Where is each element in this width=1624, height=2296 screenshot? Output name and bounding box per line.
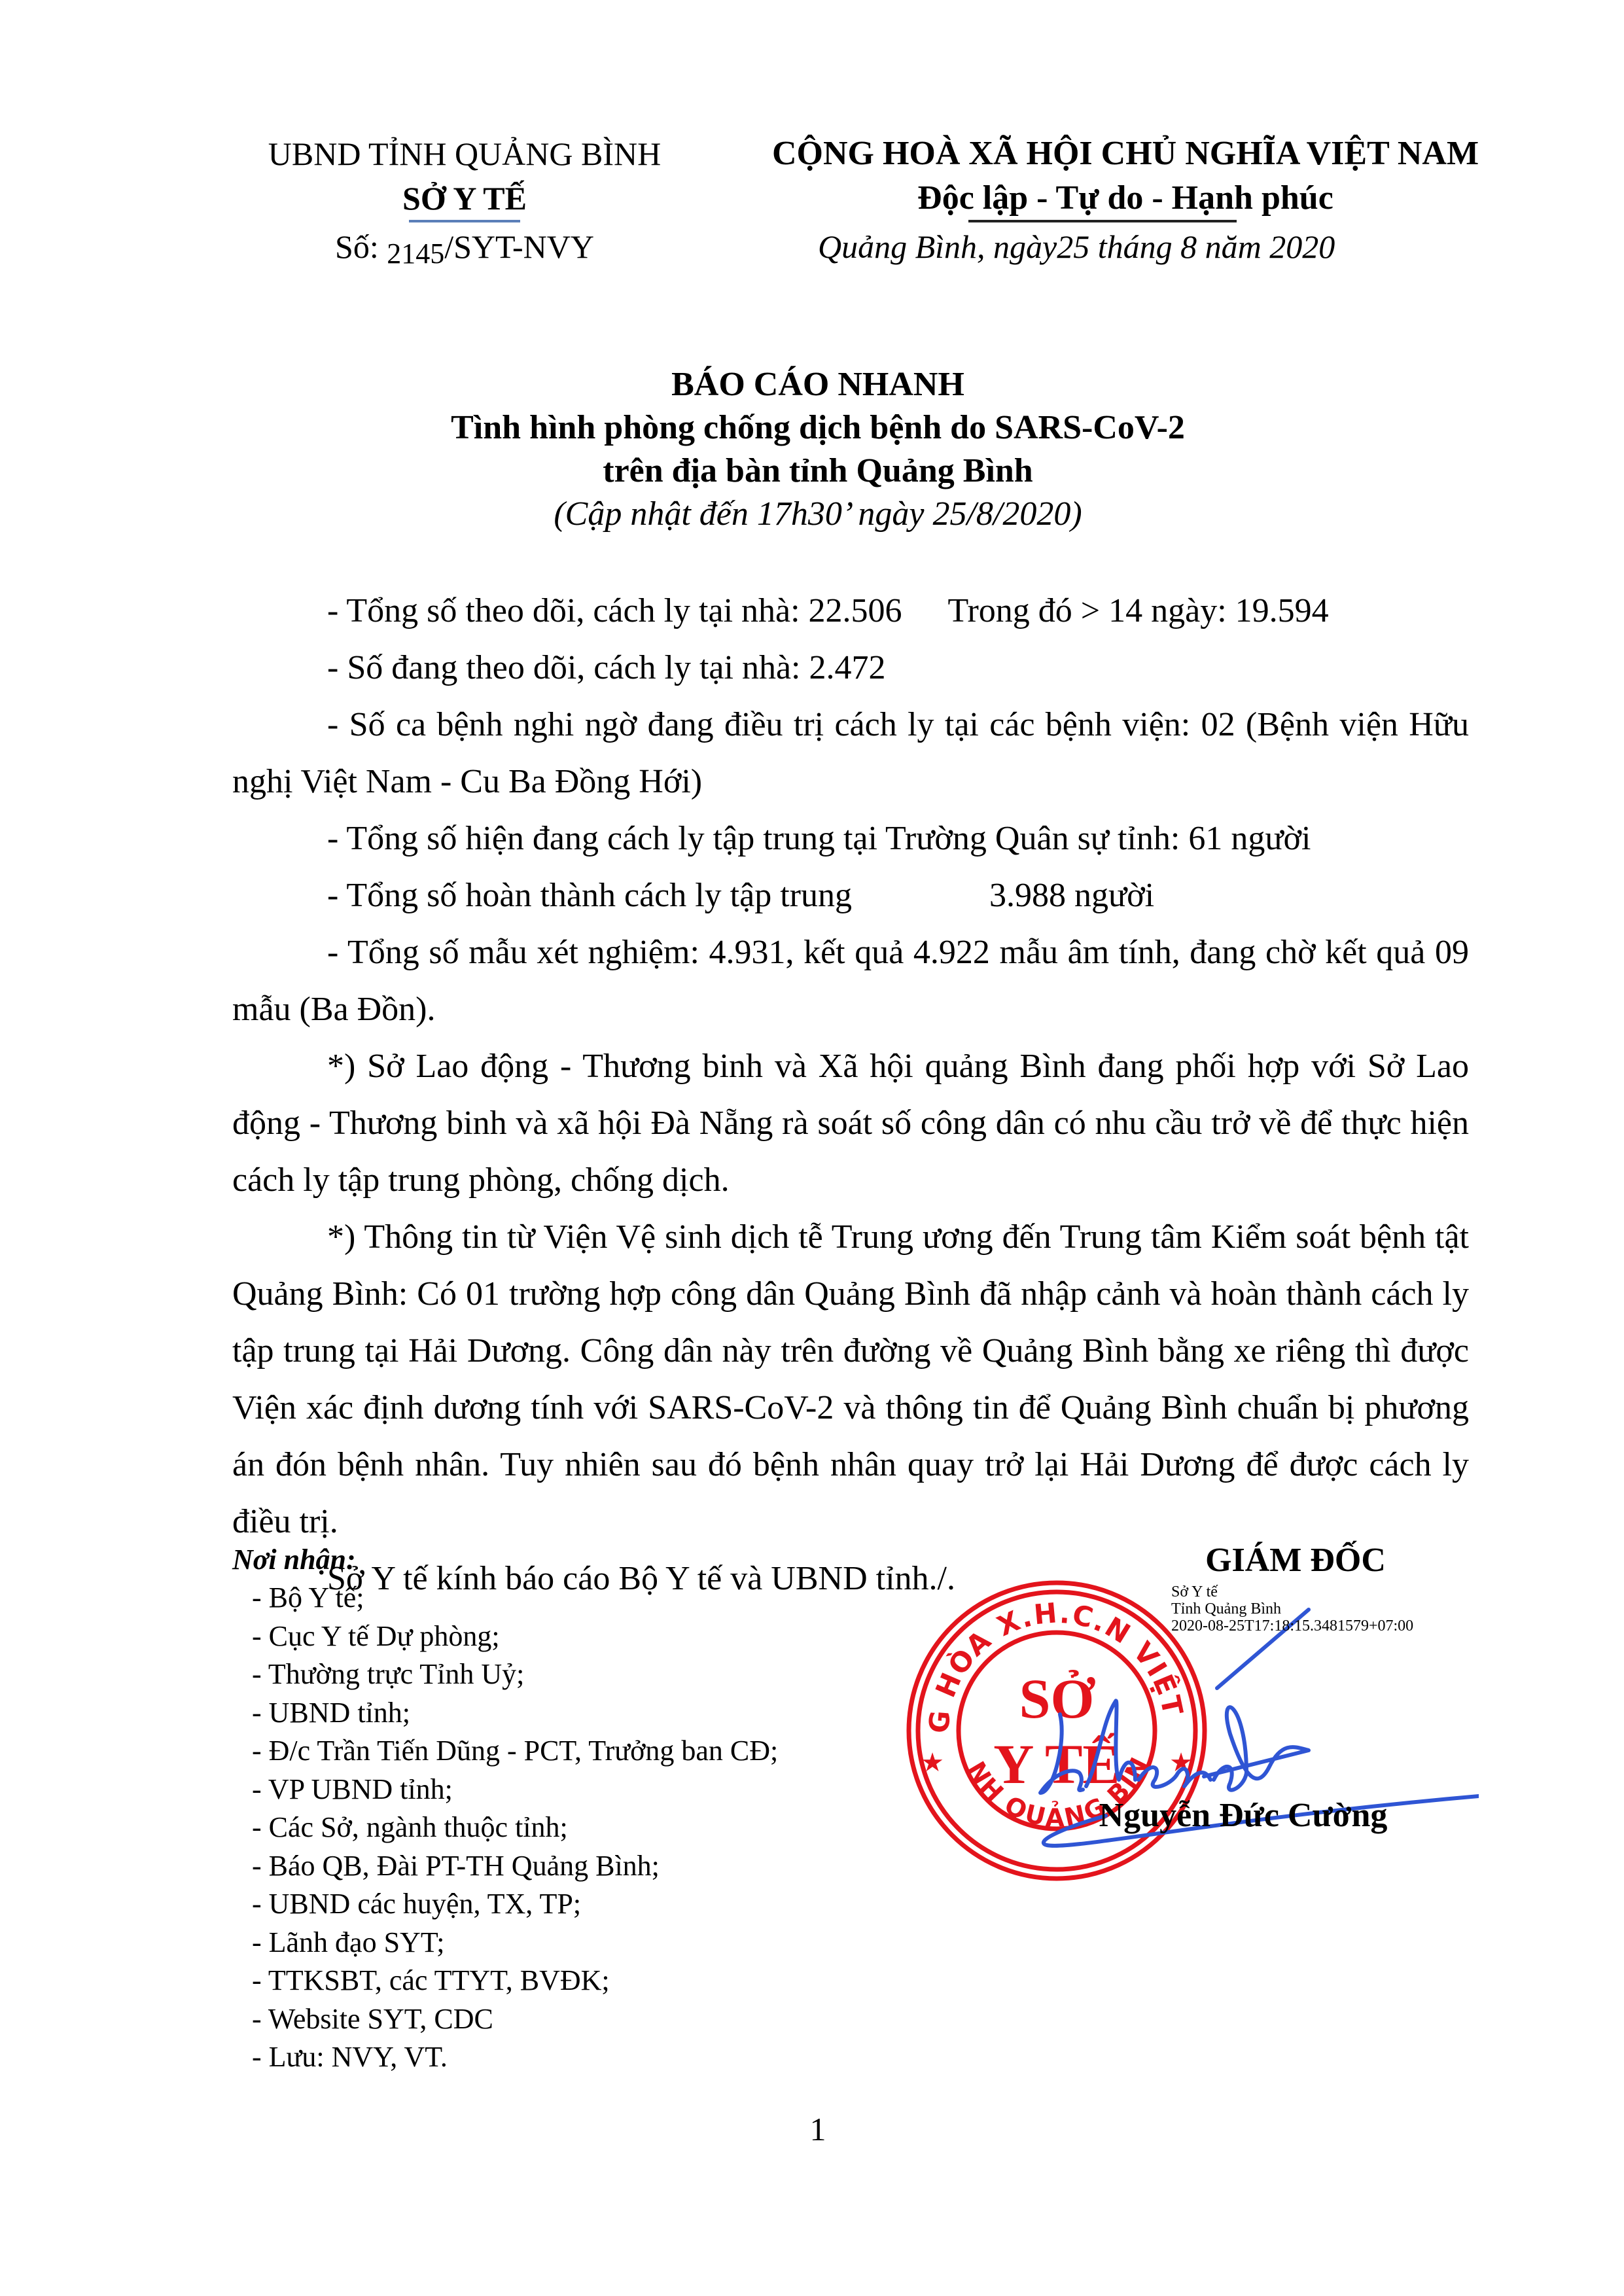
place-date: Quảng Bình, ngày25 tháng 8 năm 2020 [726,222,1525,271]
report-subtitle-2: trên địa bàn tỉnh Quảng Bình [196,450,1439,493]
stat-text: - Tổng số hoàn thành cách ly tập trung [327,877,852,914]
stat-text: - Số ca bệnh nghi ngờ đang điều trị cách… [232,706,1469,800]
recipient-item: - Lãnh đạo SYT; [252,1924,887,1962]
signature-org: Sở Y tế [1171,1583,1413,1600]
doc-number-value: 2145 [387,238,444,270]
recipient-item: - Cục Y tế Dự phòng; [252,1617,887,1656]
stat-item: - Số ca bệnh nghi ngờ đang điều trị cách… [232,696,1469,810]
signature-province: Tỉnh Quảng Bình [1171,1600,1413,1617]
signature-timestamp: 2020-08-25T17:18:15.3481579+07:00 [1171,1617,1413,1634]
page-number: 1 [785,2110,851,2148]
update-note: (Cập nhật đến 17h30’ ngày 25/8/2020) [196,493,1439,536]
recipient-item: - Báo QB, Đài PT-TH Quảng Bình; [252,1847,887,1886]
recipients-list: - Bộ Y tế; - Cục Y tế Dự phòng; - Thường… [232,1579,887,2077]
department-name: SỞ Y TẾ [216,177,713,220]
recipients-heading: Nơi nhận: [232,1541,887,1579]
country-name: CỘNG HOÀ XÃ HỘI CHỦ NGHĨA VIỆT NAM [726,131,1525,177]
stat-text: - Tổng số theo dõi, cách ly tại nhà: 22.… [327,592,902,629]
stat-item: - Tổng số hoàn thành cách ly tập trung3.… [232,867,1469,924]
recipients-block: Nơi nhận: - Bộ Y tế; - Cục Y tế Dự phòng… [232,1541,887,2077]
doc-number-prefix: Số: [335,228,379,265]
signer-name: Nguyễn Đức Cường [1047,1796,1439,1835]
document-number: Số: 2145/SYT-NVY [216,222,713,273]
recipient-item: - VP UBND tỉnh; [252,1771,887,1809]
recipient-item: - Bộ Y tế; [252,1579,887,1617]
authority-name: UBND TỈNH QUẢNG BÌNH [216,131,713,177]
recipient-item: - Lưu: NVY, VT. [252,2038,887,2077]
recipient-item: - UBND tỉnh; [252,1694,887,1733]
stat-item: - Tổng số theo dõi, cách ly tại nhà: 22.… [232,582,1469,639]
stat-text: - Số đang theo dõi, cách ly tại nhà: 2.4… [327,649,885,686]
national-header-block: CỘNG HOÀ XÃ HỘI CHỦ NGHĨA VIỆT NAM Độc l… [726,131,1525,271]
stat-extra: Trong đó > 14 ngày: 19.594 [948,592,1329,629]
note-paragraph: *) Thông tin từ Viện Vệ sinh dịch tễ Tru… [232,1209,1469,1550]
digital-signature-metadata: Sở Y tế Tỉnh Quảng Bình 2020-08-25T17:18… [1171,1583,1413,1634]
recipient-item: - Các Sở, ngành thuộc tỉnh; [252,1809,887,1847]
recipient-item: - Thường trực Tỉnh Uỷ; [252,1655,887,1694]
stat-extra: 3.988 người [989,877,1154,914]
issuing-authority-block: UBND TỈNH QUẢNG BÌNH SỞ Y TẾ Số: 2145/SY… [216,131,713,273]
stat-item: - Tổng số hiện đang cách ly tập trung tạ… [232,810,1469,867]
report-title-block: BÁO CÁO NHANH Tình hình phòng chống dịch… [196,363,1439,536]
report-heading: BÁO CÁO NHANH [196,363,1439,406]
svg-text:★: ★ [921,1748,944,1777]
report-body: - Tổng số theo dõi, cách ly tại nhà: 22.… [232,582,1469,1607]
motto-underline [968,220,1237,222]
stat-item: - Tổng số mẫu xét nghiệm: 4.931, kết quả… [232,924,1469,1038]
report-subtitle-1: Tình hình phòng chống dịch bệnh do SARS-… [196,406,1439,450]
department-underline [409,220,520,222]
national-motto: Độc lập - Tự do - Hạnh phúc [726,177,1525,220]
note-paragraph: *) Sở Lao động - Thương binh và Xã hội q… [232,1038,1469,1209]
stat-text: - Tổng số mẫu xét nghiệm: 4.931, kết quả… [232,934,1469,1028]
recipient-item: - TTKSBT, các TTYT, BVĐK; [252,1962,887,2000]
recipient-item: - UBND các huyện, TX, TP; [252,1885,887,1924]
stat-item: - Số đang theo dõi, cách ly tại nhà: 2.4… [232,639,1469,696]
stat-text: - Tổng số hiện đang cách ly tập trung tạ… [327,820,1311,857]
recipient-item: - Website SYT, CDC [252,2000,887,2039]
doc-number-suffix: /SYT-NVY [444,228,594,265]
recipient-item: - Đ/c Trần Tiến Dũng - PCT, Trưởng ban C… [252,1732,887,1771]
